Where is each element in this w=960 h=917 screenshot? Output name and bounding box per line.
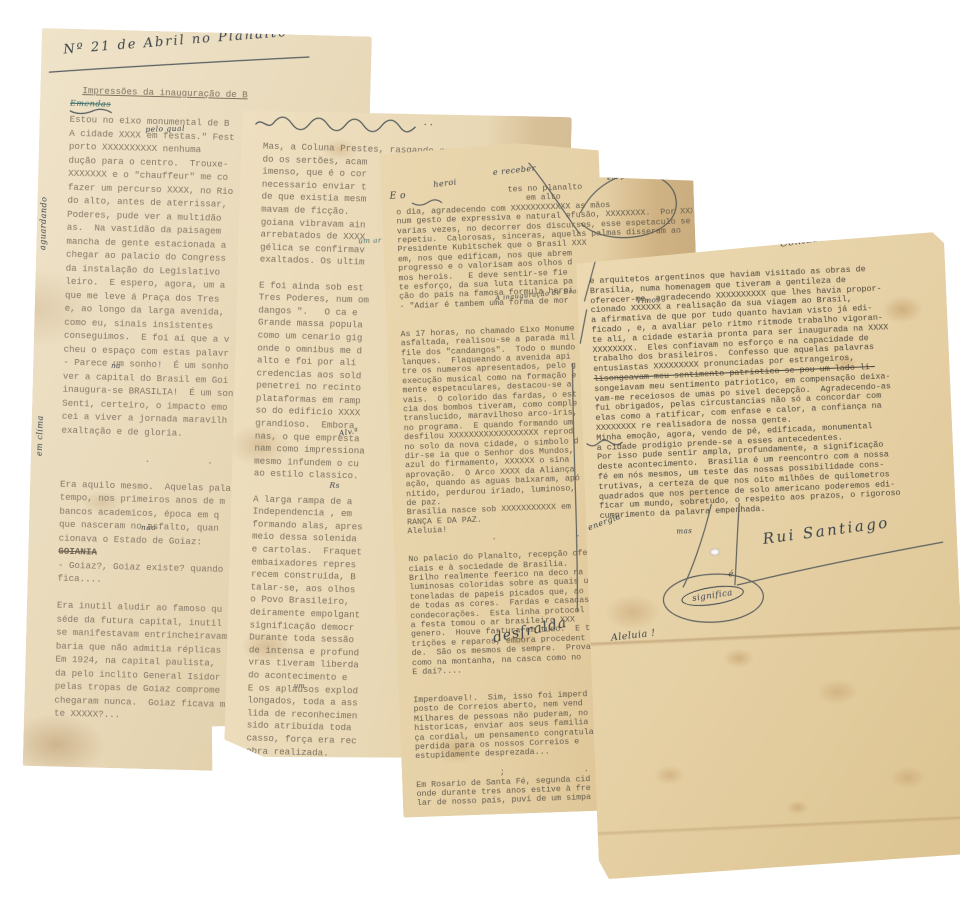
typed-heading: Impressões da inauguração de B (82, 85, 248, 100)
paper-hole (709, 548, 720, 556)
manuscript-page-4: 21 de abril . Contado Vimos energia mas … (572, 232, 960, 880)
handwritten-insert: e receber (492, 164, 536, 177)
handwritten-title: Nº 21 de Abril no Planalto (63, 25, 289, 58)
handwritten-margin-note: em clima (35, 415, 45, 456)
handwritten-note: mas (676, 527, 692, 536)
photo-of-manuscripts: Nº 21 de Abril no Planalto Impressões da… (0, 0, 960, 917)
handwritten-note: Aleluia ! (610, 628, 656, 644)
handwritten-insert: Emendas (70, 99, 111, 109)
handwritten-margin-note: aguardando (38, 196, 48, 250)
typed-text-block: e arquitetos argentinos que haviam visit… (589, 262, 953, 522)
handwritten-note: é (728, 569, 734, 579)
handwritten-circled-word: significa (680, 582, 745, 609)
handwritten-note: Contado (779, 232, 826, 250)
handwritten-crossout-dots: .. (424, 117, 437, 128)
handwritten-signature: Rui Santiago (762, 513, 891, 548)
